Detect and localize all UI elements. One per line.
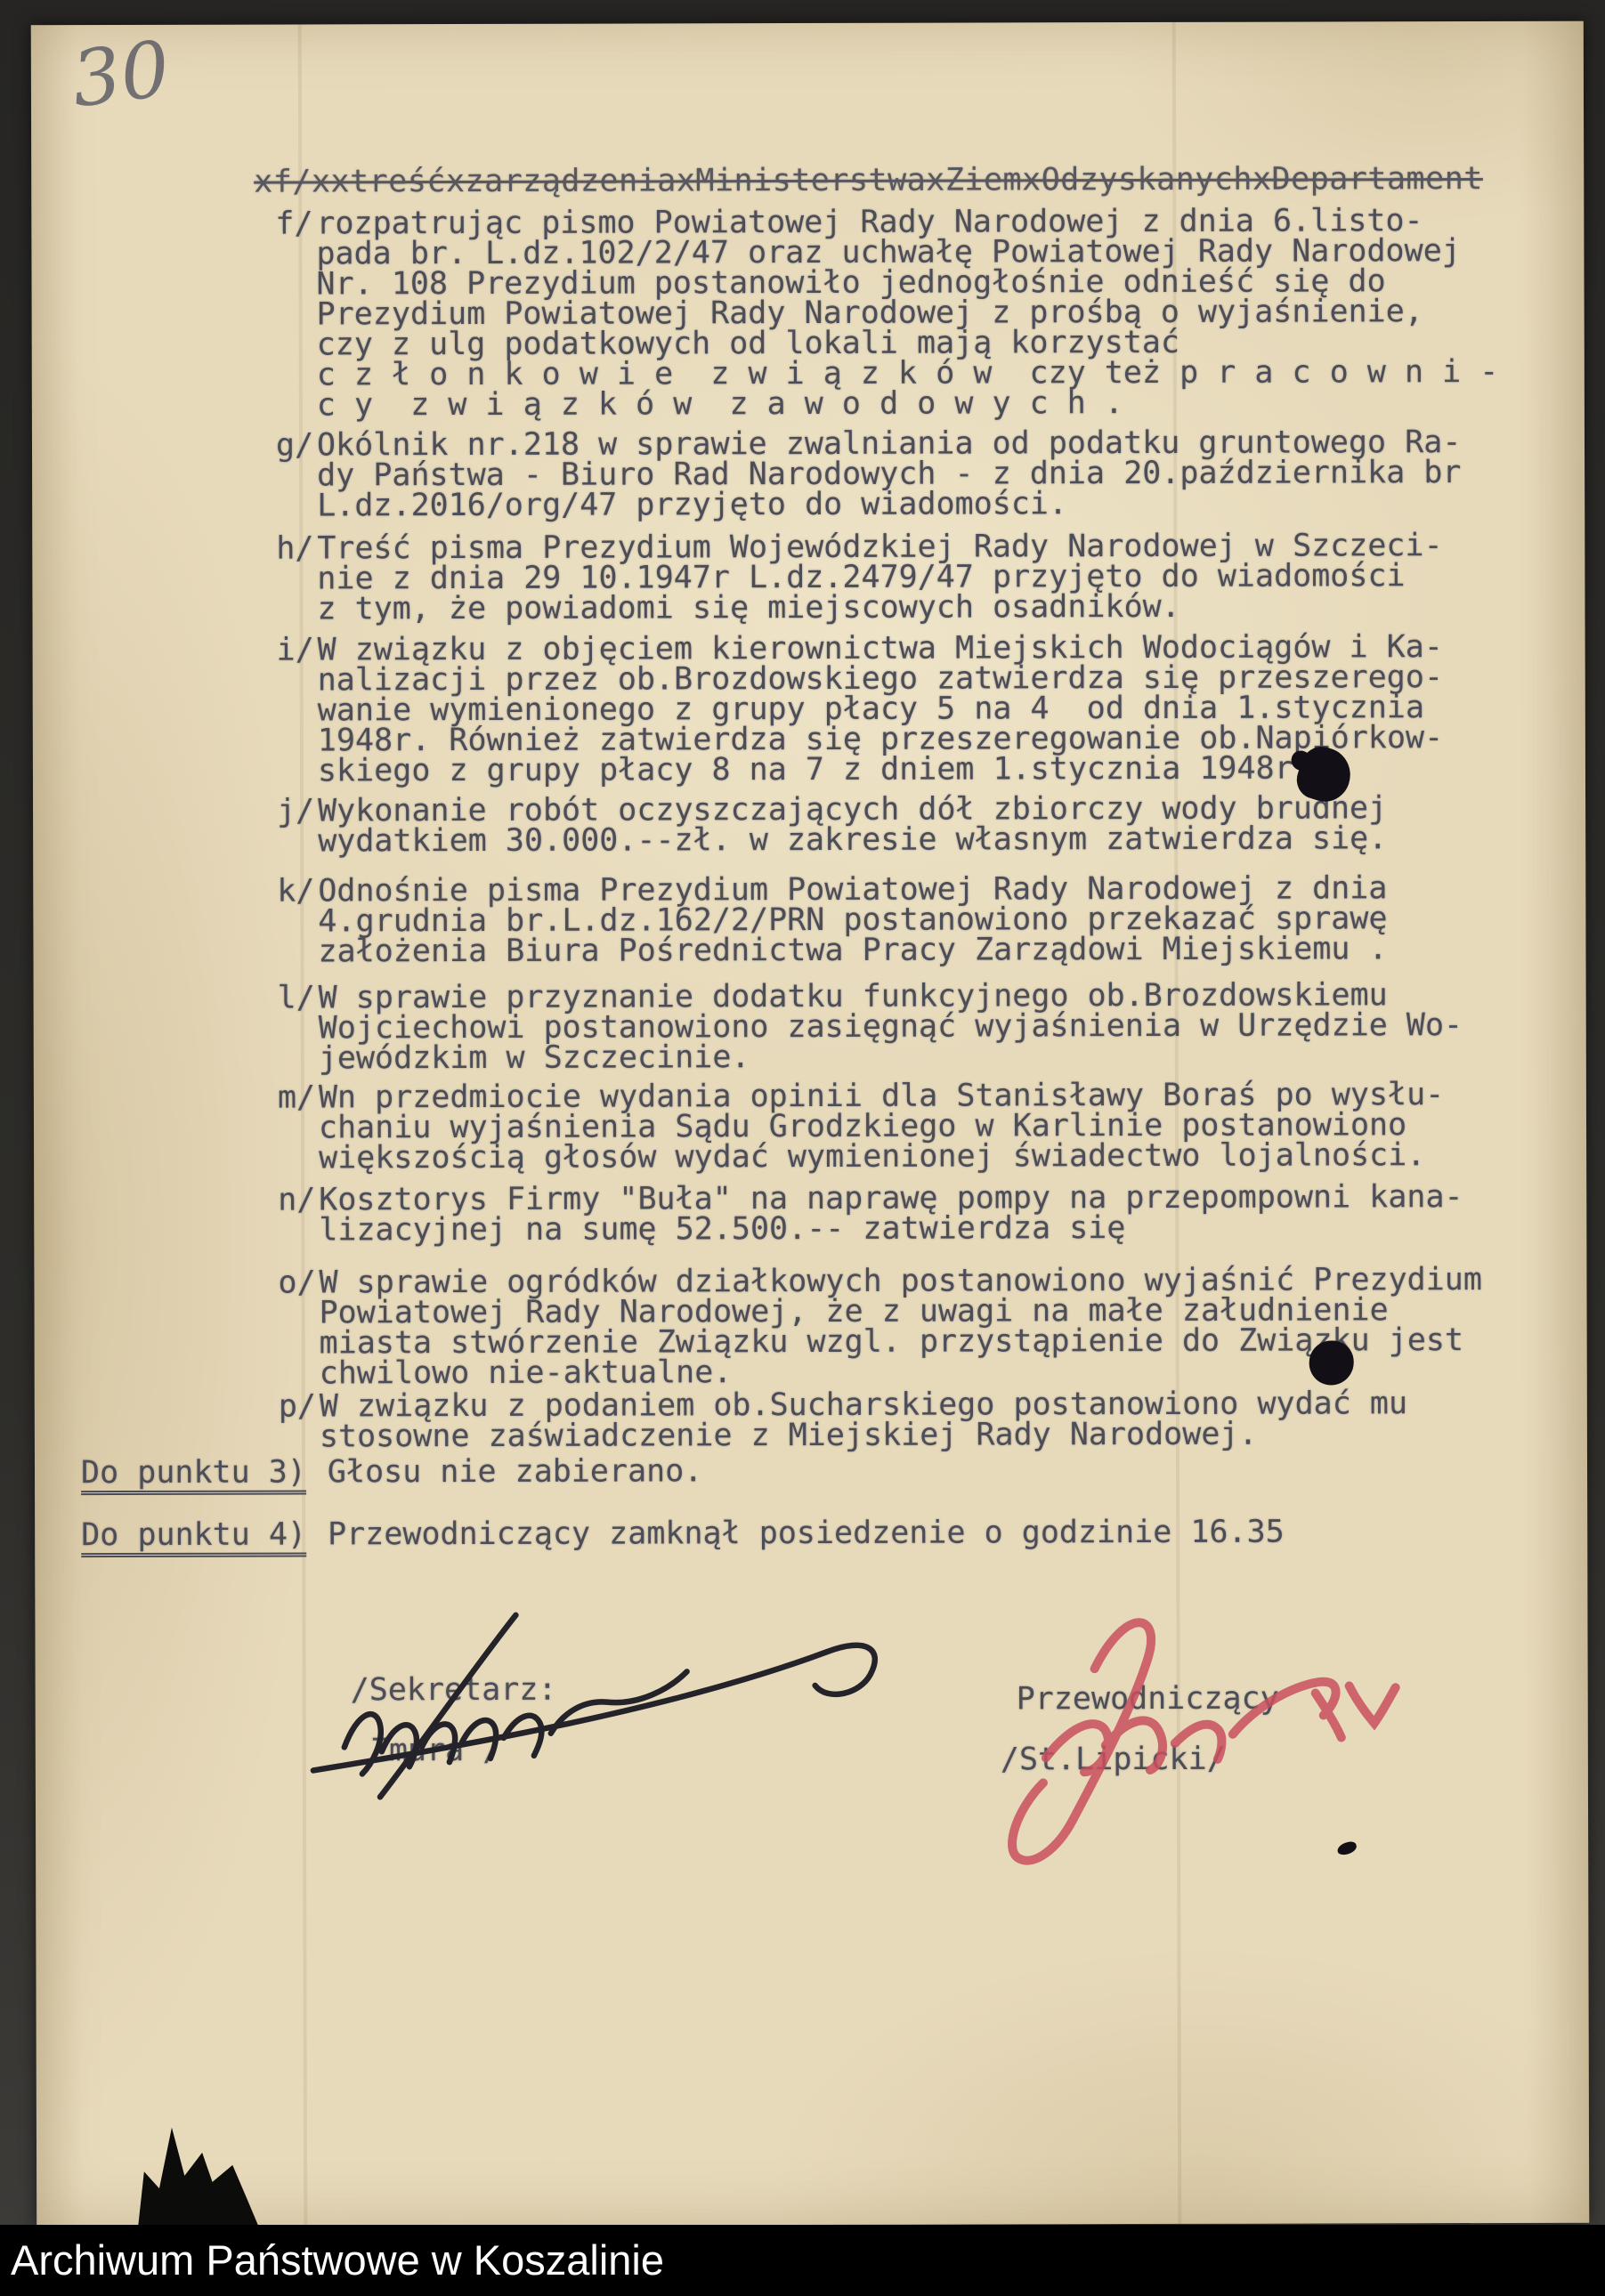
chairman-signature-ink [961, 1598, 1424, 1884]
minute-item-m: m/ Wn przedmiocie wydania opinii dla Sta… [278, 1079, 1542, 1174]
item-text: Wn przedmiocie wydania opinii dla Stanis… [319, 1079, 1529, 1174]
item-label: l/ [278, 982, 315, 1013]
point-label: Do punktu 3) [81, 1456, 306, 1495]
item-label: f/ [275, 208, 312, 238]
item-text: Odnośnie pisma Prezydium Powiatowej Rady… [318, 873, 1528, 967]
item-label: n/ [278, 1184, 315, 1215]
minute-item-n: n/ Kosztorys Firmy "Buła" na naprawę pom… [278, 1182, 1542, 1246]
item-text: W sprawie przyznanie dodatku funkcyjnego… [319, 980, 1529, 1074]
minute-item-k: k/ Odnośnie pisma Prezydium Powiatowej R… [277, 873, 1541, 967]
scanned-document-view: { "page_number": "30", "struck_line": "x… [0, 0, 1605, 2296]
minute-item-g: g/ Okólnik nr.218 w sprawie zwalniania o… [276, 427, 1540, 521]
item-text: Kosztorys Firmy "Buła" na naprawę pompy … [319, 1182, 1529, 1246]
item-text: Okólnik nr.218 w sprawie zwalniania od p… [317, 427, 1528, 521]
secretary-signature-ink [295, 1611, 919, 1804]
archive-footer-bar: Archiwum Państwowe w Koszalinie [0, 2225, 1605, 2296]
point-text: Głosu nie zabierano. [328, 1455, 703, 1494]
minute-item-h: h/ Treść pisma Prezydium Wojewódzkiej Ra… [276, 530, 1540, 625]
item-text: rozpatrując pismo Powiatowej Rady Narodo… [316, 206, 1528, 421]
item-label: h/ [276, 533, 313, 563]
struck-out-line: xf/xxtreśćxzarządzeniaxMinisterstwaxZiem… [254, 161, 1483, 200]
minute-item-j: j/ Wykonanie robót oczyszczających dół z… [277, 793, 1541, 857]
item-text: Wykonanie robót oczyszczających dół zbio… [318, 793, 1528, 857]
paper-tear [133, 2123, 259, 2228]
item-label: p/ [279, 1391, 316, 1421]
point-text: Przewodniczący zamknął posiedzenie o god… [328, 1516, 1285, 1557]
ink-blot [1309, 1340, 1354, 1385]
minute-item-l: l/ W sprawie przyznanie dodatku funkcyjn… [278, 980, 1542, 1074]
archive-footer-label: Archiwum Państwowe w Koszalinie [11, 2235, 664, 2284]
item-text: Treść pisma Prezydium Wojewódzkiej Rady … [317, 530, 1528, 625]
minute-item-p: p/ W związku z podaniem ob.Sucharskiego … [279, 1388, 1543, 1452]
point-label: Do punktu 4) [81, 1518, 306, 1557]
item-label: i/ [277, 635, 314, 665]
minute-item-o: o/ W sprawie ogródków działkowych postan… [278, 1265, 1542, 1389]
point-4-row: Do punktu 4) Przewodniczący zamknął posi… [81, 1516, 1285, 1558]
handwritten-page-number: 30 [67, 25, 174, 125]
document-page: 30 xf/xxtreśćxzarządzeniaxMinisterstwaxZ… [31, 21, 1589, 2227]
item-label: m/ [278, 1082, 315, 1112]
item-label: j/ [277, 796, 314, 826]
item-label: g/ [276, 430, 313, 460]
minute-item-i: i/ W związku z objęciem kierownictwa Mie… [277, 632, 1541, 787]
point-3-row: Do punktu 3) Głosu nie zabierano. [81, 1455, 702, 1495]
item-text: W związku z podaniem ob.Sucharskiego pos… [320, 1388, 1530, 1452]
item-label: o/ [278, 1267, 315, 1298]
minute-item-f: f/ rozpatrując pismo Powiatowej Rady Nar… [275, 206, 1540, 421]
item-label: k/ [277, 876, 314, 906]
